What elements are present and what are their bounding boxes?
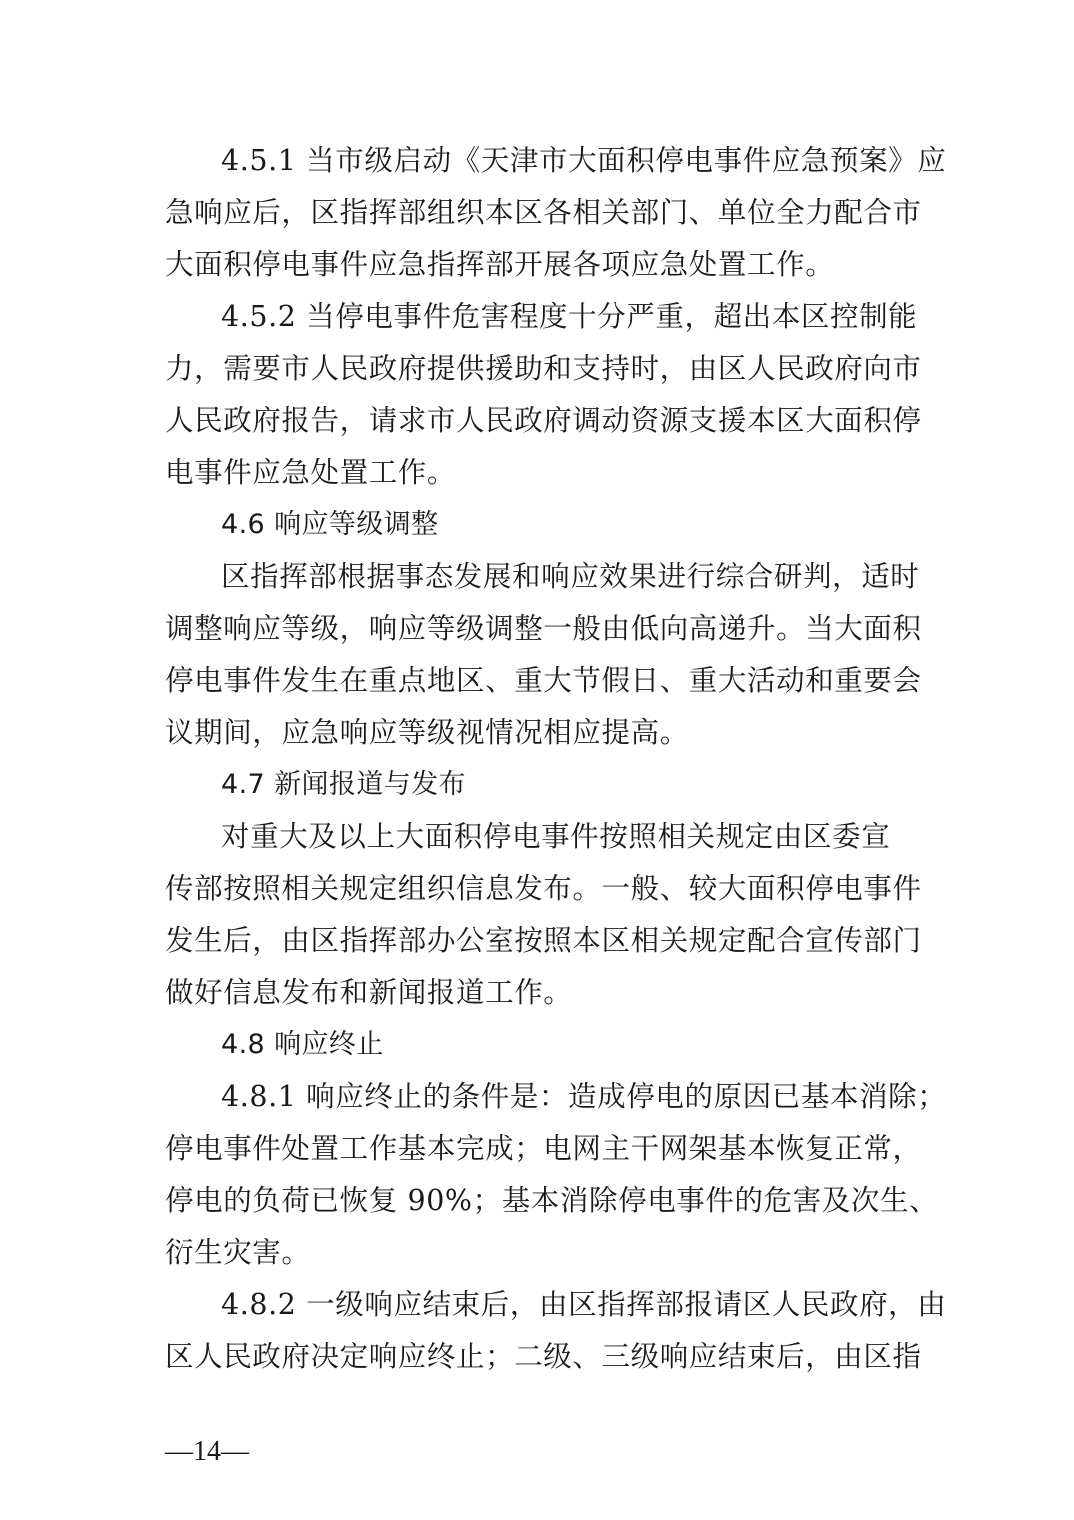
paragraph-4-6-line-3: 停电事件发生在重点地区、重大节假日、重大活动和重要会 [165,655,910,707]
paragraph-4-6-line-4: 议期间，应急响应等级视情况相应提高。 [165,707,910,759]
paragraph-4-5-2-line-4: 电事件应急处置工作。 [165,447,910,499]
paragraph-4-8-1-line-1: 4.8.1 响应终止的条件是：造成停电的原因已基本消除； [221,1071,910,1123]
paragraph-4-5-1-line-2: 急响应后，区指挥部组织本区各相关部门、单位全力配合市 [165,187,910,239]
paragraph-4-7-line-1: 对重大及以上大面积停电事件按照相关规定由区委宣 [221,811,910,863]
paragraph-4-5-2-line-1: 4.5.2 当停电事件危害程度十分严重，超出本区控制能 [221,291,910,343]
section-heading-4-7: 4.7 新闻报道与发布 [221,759,910,811]
paragraph-4-8-1-line-4: 衍生灾害。 [165,1227,910,1279]
paragraph-4-6-line-1: 区指挥部根据事态发展和响应效果进行综合研判，适时 [221,551,910,603]
section-heading-4-8: 4.8 响应终止 [221,1019,910,1071]
paragraph-4-6-line-2: 调整响应等级，响应等级调整一般由低向高递升。当大面积 [165,603,910,655]
paragraph-4-7-line-4: 做好信息发布和新闻报道工作。 [165,967,910,1019]
paragraph-4-5-1-line-1: 4.5.1 当市级启动《天津市大面积停电事件应急预案》应 [221,135,910,187]
paragraph-4-5-2-line-2: 力，需要市人民政府提供援助和支持时，由区人民政府向市 [165,343,910,395]
paragraph-4-5-1-line-3: 大面积停电事件应急指挥部开展各项应急处置工作。 [165,239,910,291]
document-page: 4.5.1 当市级启动《天津市大面积停电事件应急预案》应 急响应后，区指挥部组织… [0,0,1074,1520]
paragraph-4-8-2-line-1: 4.8.2 一级响应结束后，由区指挥部报请区人民政府，由 [221,1279,910,1331]
paragraph-4-8-2-line-2: 区人民政府决定响应终止；二级、三级响应结束后，由区指 [165,1331,910,1383]
paragraph-4-7-line-3: 发生后，由区指挥部办公室按照本区相关规定配合宣传部门 [165,915,910,967]
paragraph-4-8-1-line-2: 停电事件处置工作基本完成；电网主干网架基本恢复正常， [165,1123,910,1175]
paragraph-4-7-line-2: 传部按照相关规定组织信息发布。一般、较大面积停电事件 [165,863,910,915]
paragraph-4-5-2-line-3: 人民政府报告，请求市人民政府调动资源支援本区大面积停 [165,395,910,447]
page-number: —14— [165,1432,249,1472]
section-heading-4-6: 4.6 响应等级调整 [221,499,910,551]
paragraph-4-8-1-line-3: 停电的负荷已恢复 90%；基本消除停电事件的危害及次生、 [165,1175,910,1227]
